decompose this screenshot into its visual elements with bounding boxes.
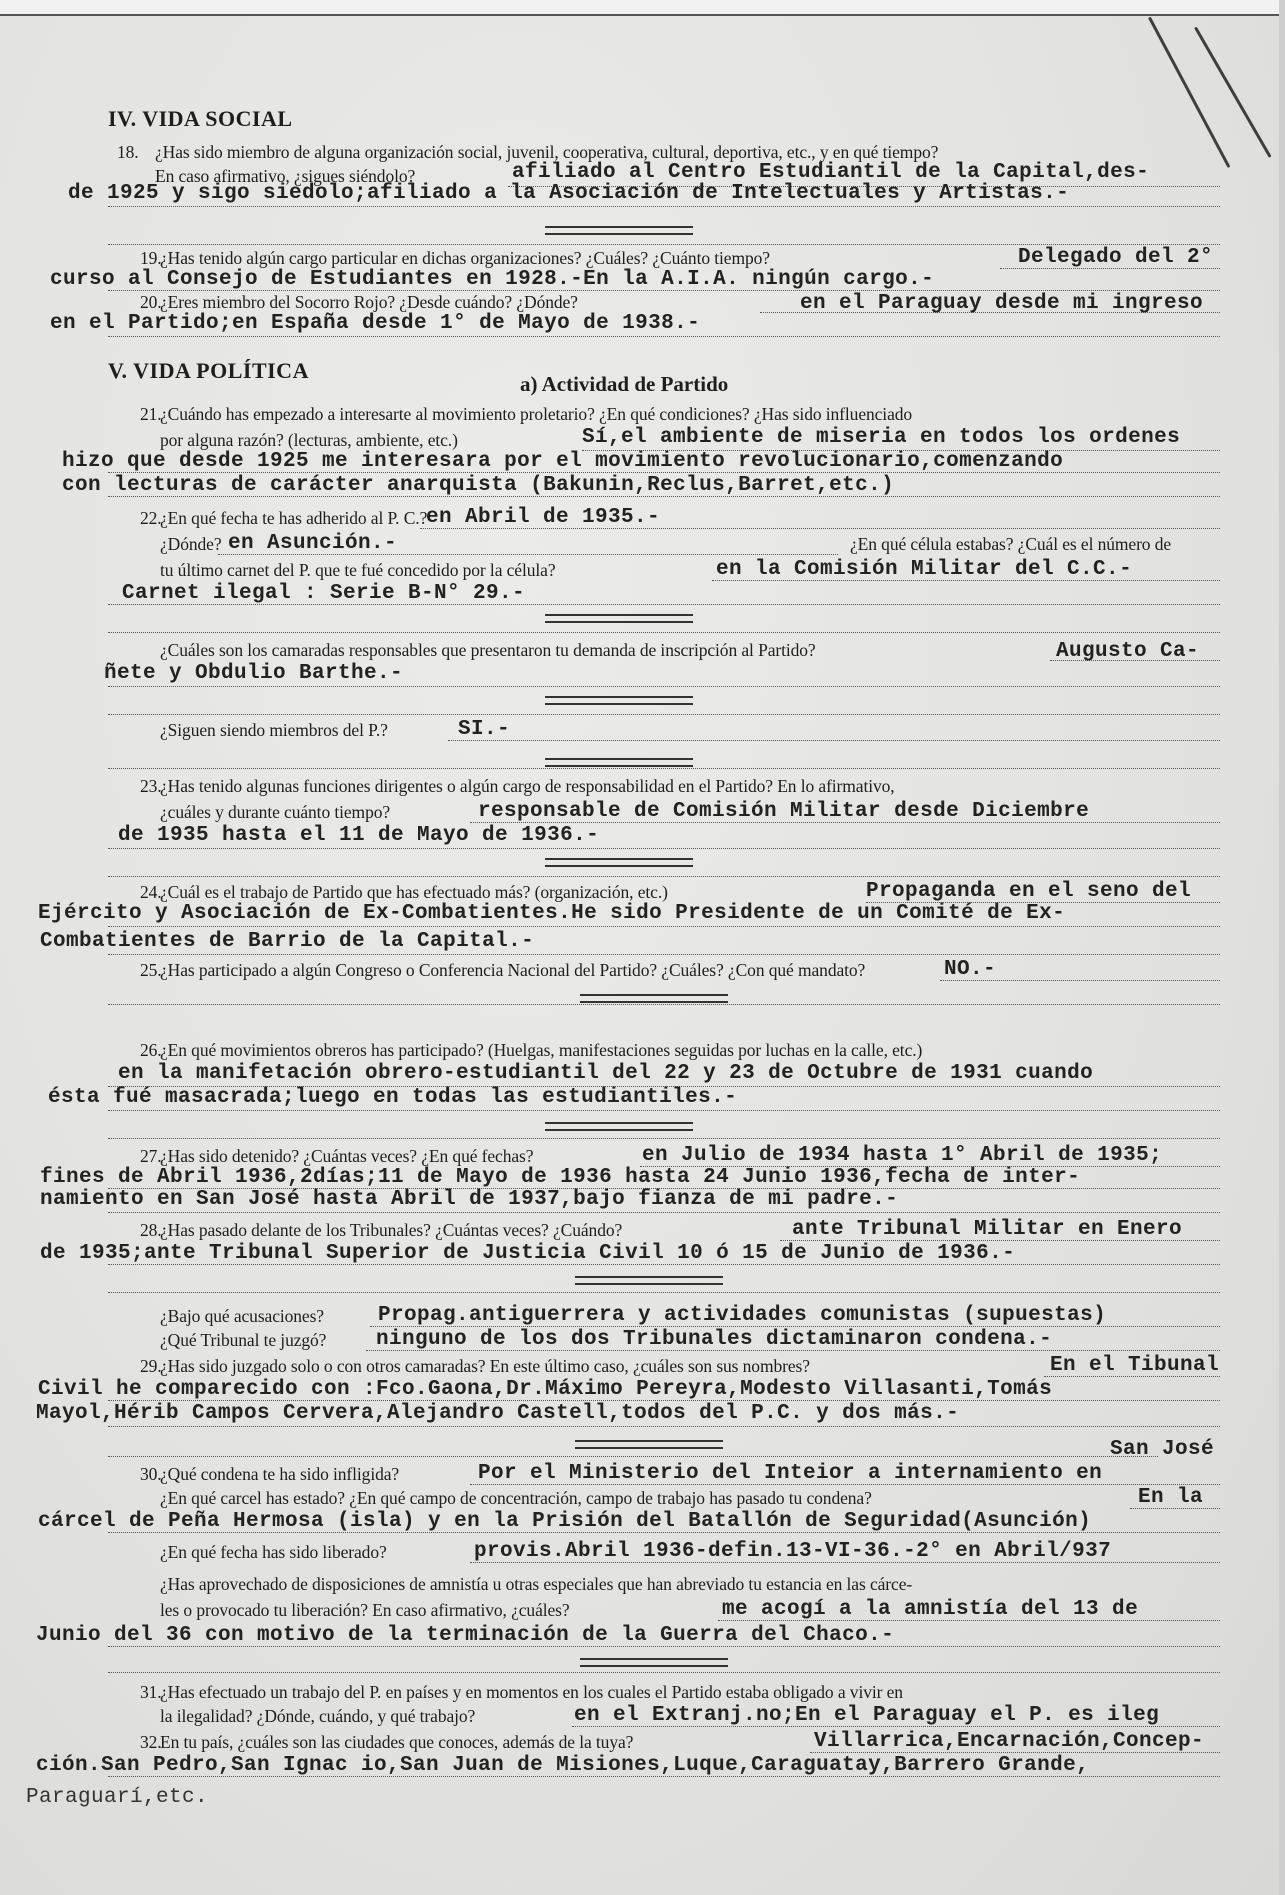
answer-31: en el Extranj.no;En el Paraguay el P. es… — [574, 1704, 1159, 1727]
question-24-number: 24. — [140, 882, 162, 903]
answer-27-line-1: en Julio de 1934 hasta 1° Abril de 1935; — [642, 1144, 1162, 1167]
answer-27-line-2: fines de Abril 1936,2días;11 de Mayo de … — [40, 1166, 1080, 1189]
answer-line — [108, 1138, 1220, 1139]
section-heading-vida-social: IV. VIDA SOCIAL — [108, 106, 293, 132]
separator — [580, 994, 728, 1003]
answer-22-where: en Asunción.- — [228, 532, 397, 555]
question-26-text: ¿En qué movimientos obreros has particip… — [160, 1040, 922, 1061]
answer-20-line-2: en el Partido;en España desde 1° de Mayo… — [50, 312, 700, 335]
answer-29-line-1: En el Tibunal — [1050, 1354, 1219, 1377]
question-24-text: ¿Cuál es el trabajo de Partido que has e… — [160, 882, 668, 903]
answer-32-line-3: Paraguarí,etc. — [26, 1786, 208, 1809]
separator — [545, 1122, 693, 1131]
question-22-still-members: ¿Siguen siendo miembros del P.? — [160, 720, 388, 741]
answer-22-comrades-2: ñete y Obdulio Barthe.- — [104, 662, 403, 685]
answer-line — [108, 926, 1220, 927]
answer-25: NO.- — [944, 958, 996, 981]
answer-line — [108, 1426, 1220, 1427]
answer-line — [108, 336, 1220, 337]
question-20-text: ¿Eres miembro del Socorro Rojo? ¿Desde c… — [160, 292, 578, 313]
answer-line — [108, 1292, 1220, 1293]
separator — [575, 1276, 723, 1285]
question-31-text: ¿Has efectuado un trabajo del P. en país… — [160, 1682, 903, 1703]
answer-30-sentence: Por el Ministerio del Inteior a internam… — [478, 1462, 1102, 1485]
question-19-text: ¿Has tenido algún cargo particular en di… — [160, 248, 770, 269]
answer-30-amnesty-2: Junio del 36 con motivo de la terminació… — [36, 1624, 894, 1647]
answer-32-line-2: ción.San Pedro,San Ignac io,San Juan de … — [36, 1754, 1089, 1777]
answer-27-line-3: namiento en San José hasta Abril de 1937… — [40, 1188, 898, 1211]
answer-23-line-1: responsable de Comisión Militar desde Di… — [478, 800, 1089, 823]
question-22-number: 22. — [140, 508, 162, 529]
question-29-number: 29. — [140, 1356, 162, 1377]
question-30-text: ¿Qué condena te ha sido infligida? — [160, 1464, 399, 1485]
question-32-text: En tu país, ¿cuáles son las ciudades que… — [160, 1732, 633, 1753]
answer-21-line-1: Sí,el ambiente de miseria en todos los o… — [582, 426, 1180, 449]
answer-line — [108, 496, 1220, 497]
question-30-amnesty: ¿Has aprovechado de disposiciones de amn… — [160, 1574, 912, 1595]
question-20-number: 20. — [140, 292, 162, 313]
answer-line — [108, 632, 1220, 633]
answer-line — [108, 686, 1220, 687]
subsection-heading-actividad-partido: a) Actividad de Partido — [520, 372, 728, 397]
answer-28-line-2: de 1935;ante Tribunal Superior de Justic… — [40, 1242, 1015, 1265]
separator — [545, 858, 693, 867]
answer-28-court: ninguno de los dos Tribunales dictaminar… — [376, 1328, 1052, 1351]
question-28-text: ¿Has pasado delante de los Tribunales? ¿… — [160, 1220, 622, 1241]
answer-20-line-1: en el Paraguay desde mi ingreso — [800, 292, 1203, 315]
question-18-number: 18. — [117, 142, 139, 163]
answer-32-line-1: Villarrica,Encarnación,Concep- — [814, 1730, 1204, 1753]
answer-22-date: en Abril de 1935.- — [426, 506, 660, 529]
answer-30-release: provis.Abril 1936-defin.13-VI-36.-2° en … — [474, 1540, 1111, 1563]
question-27-text: ¿Has sido detenido? ¿Cuántas veces? ¿En … — [160, 1146, 533, 1167]
answer-21-line-3: con lecturas de carácter anarquista (Bak… — [62, 474, 894, 497]
question-29-text: ¿Has sido juzgado solo o con otros camar… — [160, 1356, 810, 1377]
answer-30-prison-1: En la — [1138, 1486, 1203, 1509]
answer-line — [108, 290, 1220, 291]
answer-line — [108, 876, 1220, 877]
answer-line — [108, 1672, 1220, 1673]
question-23-text-2: ¿cuáles y durante cuánto tiempo? — [160, 802, 390, 823]
answer-18-line-1: afiliado al Centro Estudiantil de la Cap… — [512, 161, 1149, 184]
separator — [545, 758, 693, 767]
answer-21-line-2: hizo que desde 1925 me interesara por el… — [62, 450, 1063, 473]
answer-22-line-2: Carnet ilegal : Serie B-N° 29.- — [122, 582, 525, 605]
question-31-number: 31. — [140, 1682, 162, 1703]
question-28-number: 28. — [140, 1220, 162, 1241]
ink-scratch-mark — [1194, 27, 1272, 158]
answer-line — [108, 848, 1220, 849]
answer-28-charges: Propag.antiguerrera y actividades comuni… — [378, 1304, 1106, 1327]
answer-30-amnesty-1: me acogí a la amnistía del 13 de — [722, 1598, 1138, 1621]
separator — [545, 696, 693, 705]
answer-24-line-1: Propaganda en el seno del — [866, 880, 1191, 903]
question-21-text: ¿Cuándo has empezado a interesarte al mo… — [160, 404, 912, 425]
question-25-number: 25. — [140, 960, 162, 981]
page-top-edge — [0, 0, 1285, 16]
question-21-text-2: por alguna razón? (lecturas, ambiente, e… — [160, 430, 458, 451]
separator — [575, 1440, 723, 1449]
question-31-text-2: la ilegalidad? ¿Dónde, cuándo, y qué tra… — [160, 1706, 475, 1727]
question-22-comrades: ¿Cuáles son los camaradas responsables q… — [160, 640, 816, 661]
question-22-cell: ¿En qué célula estabas? ¿Cuál es el núme… — [850, 534, 1171, 555]
section-heading-vida-politica: V. VIDA POLÍTICA — [108, 358, 309, 384]
answer-22-still-members: SI.- — [458, 718, 510, 741]
answer-22-comrades-1: Augusto Ca- — [1056, 640, 1199, 663]
question-28-court: ¿Qué Tribunal te juzgó? — [160, 1330, 326, 1351]
question-23-text: ¿Has tenido algunas funciones dirigentes… — [160, 776, 895, 797]
answer-line — [108, 1110, 1220, 1111]
answer-line — [108, 1400, 1220, 1401]
answer-line — [108, 206, 1220, 207]
answer-24-line-3: Combatientes de Barrio de la Capital.- — [40, 930, 534, 953]
question-18-text: ¿Has sido miembro de alguna organización… — [155, 142, 938, 163]
answer-line — [108, 954, 1220, 955]
question-21-number: 21. — [140, 404, 162, 425]
answer-24-line-2: Ejército y Asociación de Ex-Combatientes… — [38, 902, 1065, 925]
answer-29-line-3: Mayol,Hérib Campos Cervera,Alejandro Cas… — [36, 1402, 959, 1425]
separator — [545, 226, 693, 235]
question-25-text: ¿Has participado a algún Congreso o Conf… — [160, 960, 865, 981]
question-23-number: 23. — [140, 776, 162, 797]
answer-29-line-2: Civil he comparecido con :Fco.Gaona,Dr.M… — [38, 1378, 1052, 1401]
question-30-prison: ¿En qué carcel has estado? ¿En qué campo… — [160, 1488, 872, 1509]
answer-line — [108, 1776, 1220, 1777]
question-30-release: ¿En qué fecha has sido liberado? — [160, 1542, 387, 1563]
question-19-number: 19. — [140, 248, 162, 269]
answer-line — [108, 1456, 1158, 1457]
answer-19-line-1: Delegado del 2° — [1018, 246, 1213, 269]
question-22-text: ¿En qué fecha te has adherido al P. C.? — [160, 508, 427, 529]
question-30-amnesty-2: les o provocado tu liberación? En caso a… — [160, 1600, 570, 1621]
answer-line — [108, 1212, 1220, 1213]
answer-26-line-1: en la manifetación obrero-estudiantil de… — [118, 1062, 1093, 1085]
question-28-charges: ¿Bajo qué acusaciones? — [160, 1306, 324, 1327]
answer-28-line-1: ante Tribunal Militar en Enero — [792, 1218, 1182, 1241]
answer-line — [108, 714, 1220, 715]
question-22-where: ¿Dónde? — [160, 534, 222, 555]
question-32-number: 32. — [140, 1732, 162, 1753]
answer-18-line-2: de 1925 y sigo siedolo;afiliado a la Aso… — [68, 182, 1069, 205]
questionnaire-page: IV. VIDA SOCIAL 18. ¿Has sido miembro de… — [0, 0, 1285, 1895]
answer-line — [108, 1264, 1220, 1265]
question-30-number: 30. — [140, 1464, 162, 1485]
answer-line — [108, 1532, 1220, 1533]
answer-23-line-2: de 1935 hasta el 11 de Mayo de 1936.- — [118, 824, 599, 847]
answer-line — [448, 740, 1220, 741]
question-27-number: 27. — [140, 1146, 162, 1167]
separator — [580, 1658, 728, 1667]
answer-30-note: San José — [1110, 1438, 1214, 1461]
question-26-number: 26. — [140, 1040, 162, 1061]
answer-line — [108, 768, 1220, 769]
answer-22-line-1: en la Comisión Militar del C.C.- — [716, 558, 1132, 581]
question-22-card: tu último carnet del P. que te fué conce… — [160, 560, 555, 581]
answer-19-line-2: curso al Consejo de Estudiantes en 1928.… — [50, 268, 934, 291]
answer-30-prison-2: cárcel de Peña Hermosa (isla) y en la Pr… — [38, 1510, 1091, 1533]
page-right-edge — [1279, 0, 1285, 1895]
answer-line — [108, 1004, 1220, 1005]
answer-line — [108, 1646, 1220, 1647]
ink-scratch-mark — [1148, 17, 1230, 169]
separator — [545, 614, 693, 623]
answer-line — [108, 244, 1220, 245]
answer-line — [108, 604, 1220, 605]
answer-26-line-2: ésta fué masacrada;luego en todas las es… — [48, 1086, 737, 1109]
answer-line — [108, 472, 1220, 473]
